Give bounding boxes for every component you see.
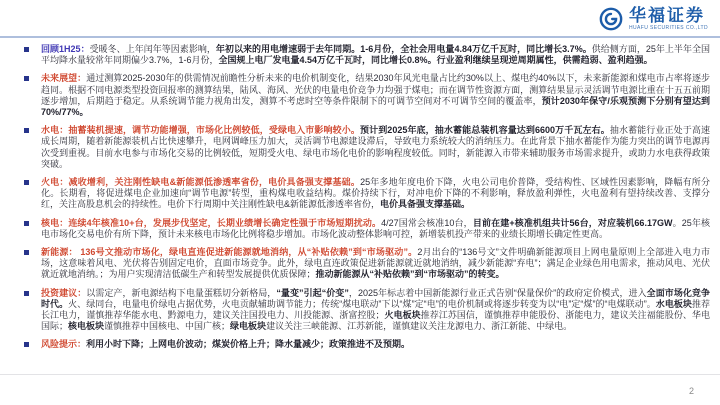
huafu-logo-icon [599,7,623,31]
bullet-text: 核电：连续4年核准10+台，发展步伐坚定，长期业绩增长确定性强于市场短期扰动。4… [41,218,710,240]
header-divider [0,36,720,38]
company-logo: 华福证券 HUAFU SECURITIES CO.,LTD [599,7,708,31]
bullet-item: 火电：减收增利，关注刚性缺电&新能源低渗透率省份，电价具备强支撑基础。25年多地… [22,177,710,211]
bullet-square-icon [24,76,29,81]
bullet-list: 回顾1H25：受暖冬、上年闰年等因素影响，年初以来的用电增速弱于去年同期。1-6… [22,44,710,358]
bullet-text: 火电：减收增利，关注刚性缺电&新能源低渗透率省份，电价具备强支撑基础。25年多地… [41,177,710,211]
bullet-square-icon [24,47,29,52]
bullet-text: 投资建议：以需定产，新电源结构下电量蛋糕切分新格局，“量变”引起“价变”，202… [41,288,710,333]
bullet-text: 回顾1H25：受暖冬、上年闰年等因素影响，年初以来的用电增速弱于去年同期。1-6… [41,44,710,66]
bullet-text: 风险提示：利用小时下降；上网电价波动；煤炭价格上升；降水量减少；政策推进不及预期… [41,339,410,350]
company-name: 华福证券 [629,7,708,24]
bullet-item: 投资建议：以需定产，新电源结构下电量蛋糕切分新格局，“量变”引起“价变”，202… [22,288,710,333]
bullet-item: 水电：抽蓄装机提速，调节功能增强，市场化比例较低，受绿电入市影响较小。预计到20… [22,125,710,170]
bullet-text: 水电：抽蓄装机提速，调节功能增强，市场化比例较低，受绿电入市影响较小。预计到20… [41,125,710,170]
page-number: 2 [689,386,694,396]
company-subtitle: HUAFU SECURITIES CO.,LTD [629,26,708,31]
bullet-square-icon [24,291,29,296]
bullet-square-icon [24,250,29,255]
bullet-square-icon [24,128,29,133]
footer-divider [0,374,720,375]
report-slide: 华福证券 HUAFU SECURITIES CO.,LTD 回顾1H25：受暖冬… [0,0,720,405]
bullet-item: 回顾1H25：受暖冬、上年闰年等因素影响，年初以来的用电增速弱于去年同期。1-6… [22,44,710,66]
bullet-text: 未来展望：通过测算2025-2030年的供需情况前瞻性分析未来的电价机制变化，结… [41,73,710,118]
bullet-item: 新能源： 136号文推动市场化，绿电直连促进新能源就地消纳，从“补贴依赖”到“市… [22,247,710,281]
bullet-item: 核电：连续4年核准10+台，发展步伐坚定，长期业绩增长确定性强于市场短期扰动。4… [22,218,710,240]
bullet-text: 新能源： 136号文推动市场化，绿电直连促进新能源就地消纳，从“补贴依赖”到“市… [41,247,710,281]
bullet-square-icon [24,180,29,185]
bullet-square-icon [24,342,29,347]
bullet-square-icon [24,221,29,226]
bullet-item: 未来展望：通过测算2025-2030年的供需情况前瞻性分析未来的电价机制变化，结… [22,73,710,118]
bullet-item: 风险提示：利用小时下降；上网电价波动；煤炭价格上升；降水量减少；政策推进不及预期… [22,339,710,350]
